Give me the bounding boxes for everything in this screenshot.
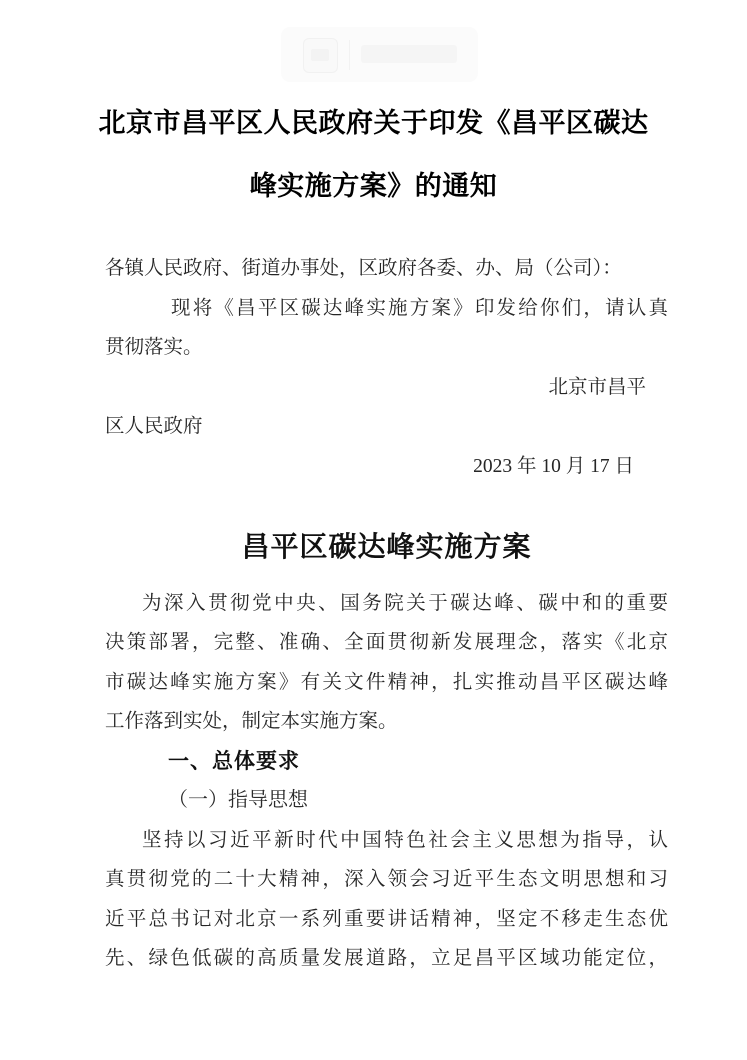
plan-paragraph-1: 为深入贯彻党中央、国务院关于碳达峰、碳中和的重要 决策部署，完整、准确、全面贯彻… (105, 584, 668, 742)
logo-faded-text (361, 45, 457, 63)
plan-paragraph-2-line: 真贯彻党的二十大精神，深入领会习近平生态文明思想和习 (105, 860, 668, 900)
notice-date: 2023 年 10 月 17 日 (105, 447, 668, 487)
notice-body-line-1: 现将《昌平区碳达峰实施方案》印发给你们，请认真 (105, 289, 668, 329)
document-title-line-2: 峰实施方案》的通知 (0, 155, 747, 218)
plan-paragraph-1-line: 决策部署，完整、准确、全面贯彻新发展理念，落实《北京 (105, 623, 668, 663)
plan-paragraph-1-line: 工作落到实处，制定本实施方案。 (105, 702, 668, 742)
document-page: 北京市昌平区人民政府关于印发《昌平区碳达 峰实施方案》的通知 各镇人民政府、街道… (0, 0, 747, 1060)
notice-signer-line-1: 北京市昌平 (105, 368, 668, 408)
notice-body-line-2: 贯彻落实。 (105, 328, 668, 368)
subsection-1-heading: （一）指导思想 (105, 781, 668, 821)
plan-paragraph-2-line: 近平总书记对北京一系列重要讲话精神，坚定不移走生态优 (105, 900, 668, 940)
notice-signer-line-2: 区人民政府 (105, 407, 668, 447)
vertical-gap (105, 486, 668, 526)
plan-paragraph-1-line: 市碳达峰实施方案》有关文件精神，扎实推动昌平区碳达峰 (105, 663, 668, 703)
document-title-line-1: 北京市昌平区人民政府关于印发《昌平区碳达 (0, 92, 747, 155)
logo-divider (349, 40, 350, 70)
faded-site-logo (281, 27, 478, 82)
section-1-heading: 一、总体要求 (105, 742, 668, 782)
plan-paragraph-2-line: 坚持以习近平新时代中国特色社会主义思想为指导，认 (105, 821, 668, 861)
document-title: 北京市昌平区人民政府关于印发《昌平区碳达 峰实施方案》的通知 (0, 92, 747, 218)
logo-badge-glyph (311, 49, 329, 61)
plan-paragraph-2-line: 先、绿色低碳的高质量发展道路，立足昌平区域功能定位， (105, 939, 668, 979)
plan-heading: 昌平区碳达峰实施方案 (105, 526, 668, 570)
logo-badge-icon (303, 38, 338, 73)
notice-salutation: 各镇人民政府、街道办事处，区政府各委、办、局（公司）： (105, 249, 668, 289)
document-body: 各镇人民政府、街道办事处，区政府各委、办、局（公司）： 现将《昌平区碳达峰实施方… (105, 249, 668, 979)
plan-paragraph-1-line: 为深入贯彻党中央、国务院关于碳达峰、碳中和的重要 (105, 584, 668, 624)
plan-paragraph-2: 坚持以习近平新时代中国特色社会主义思想为指导，认 真贯彻党的二十大精神，深入领会… (105, 821, 668, 979)
